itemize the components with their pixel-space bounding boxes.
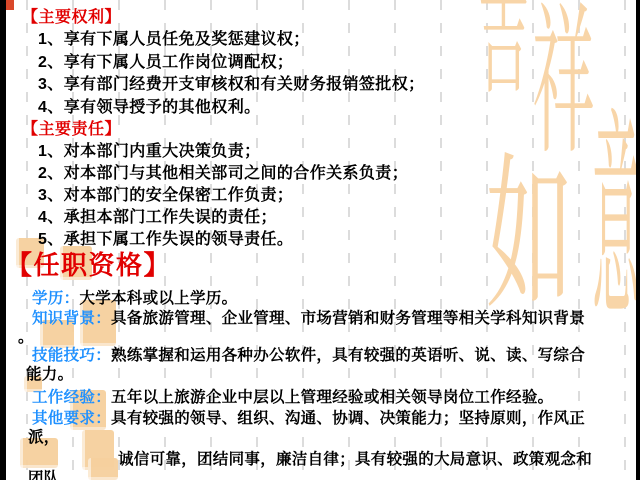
qualification-wrap-other-1: 派， [28, 425, 60, 447]
field-value-knowledge: 具备旅游管理、企业管理、市场营销和财务管理等相关学科知识背景 [111, 310, 585, 327]
field-label-knowledge: 知识背景： [32, 310, 111, 327]
watermark-char-ji: 吉 [478, 0, 529, 101]
field-label-education: 学历： [32, 290, 79, 307]
qualification-row-knowledge: 知识背景：具备旅游管理、企业管理、市场营销和财务管理等相关学科知识背景 [32, 306, 585, 328]
field-value-skills: 熟练掌握和运用各种办公软件，具有较强的英语听、说、读、写综合 [111, 347, 585, 364]
rights-item: 4、享有领导授予的其他权利。 [38, 94, 261, 117]
field-value-other: 具有较强的领导、组织、沟通、协调、决策能力；坚持原则，作风正 [111, 410, 585, 427]
seal-stamp [88, 458, 118, 480]
duties-item: 2、对本部门与其他相关部司之间的合作关系负责； [38, 160, 408, 183]
duties-item: 3、对本部门的安全保密工作负责； [38, 182, 293, 205]
qualification-wrap-other-3: 团队 [28, 466, 60, 480]
rights-item: 3、享有部门经费开支审核权和有关财务报销签批权； [38, 71, 425, 94]
qualification-wrap-skills: 能力。 [26, 362, 73, 384]
right-edge-bar [636, 0, 640, 480]
field-label-experience: 工作经验： [32, 389, 111, 406]
qualification-row-education: 学历：大学本科或以上学历。 [32, 286, 237, 308]
section-title-main-duties: 【主要责任】 [22, 116, 121, 139]
qualification-row-experience: 工作经验：五年以上旅游企业中层以上管理经验或相关领导岗位工作经验。 [32, 385, 553, 407]
qualification-wrap-other-2: 诚信可靠，团结同事，廉洁自律；具有较强的大局意识、政策观念和 [118, 447, 592, 469]
watermark-char-ru: 如 [486, 152, 573, 320]
qualification-row-other: 其他要求：具有较强的领导、组织、沟通、协调、决策能力；坚持原则，作风正 [32, 406, 585, 428]
section-title-qualifications: 【任职资格】 [6, 245, 171, 282]
field-value-experience: 五年以上旅游企业中层以上管理经验或相关领导岗位工作经验。 [111, 389, 553, 406]
rights-item: 2、享有下属人员工作岗位调配权； [38, 49, 293, 72]
duties-item: 1、对本部门内重大决策负责； [38, 138, 261, 161]
watermark-char-yi: 意 [592, 110, 640, 332]
watermark-char-xiang: 祥 [532, 2, 595, 164]
rights-item: 1、享有下属人员任免及奖惩建议权； [38, 26, 310, 49]
field-value-education: 大学本科或以上学历。 [79, 290, 237, 307]
left-edge-bar [0, 0, 6, 480]
qualification-row-skills: 技能技巧：熟练掌握和运用各种办公软件，具有较强的英语听、说、读、写综合 [32, 343, 585, 365]
section-title-main-rights: 【主要权利】 [22, 4, 121, 27]
seal-stamp [82, 430, 114, 470]
duties-item: 4、承担本部门工作失误的责任； [38, 204, 277, 227]
